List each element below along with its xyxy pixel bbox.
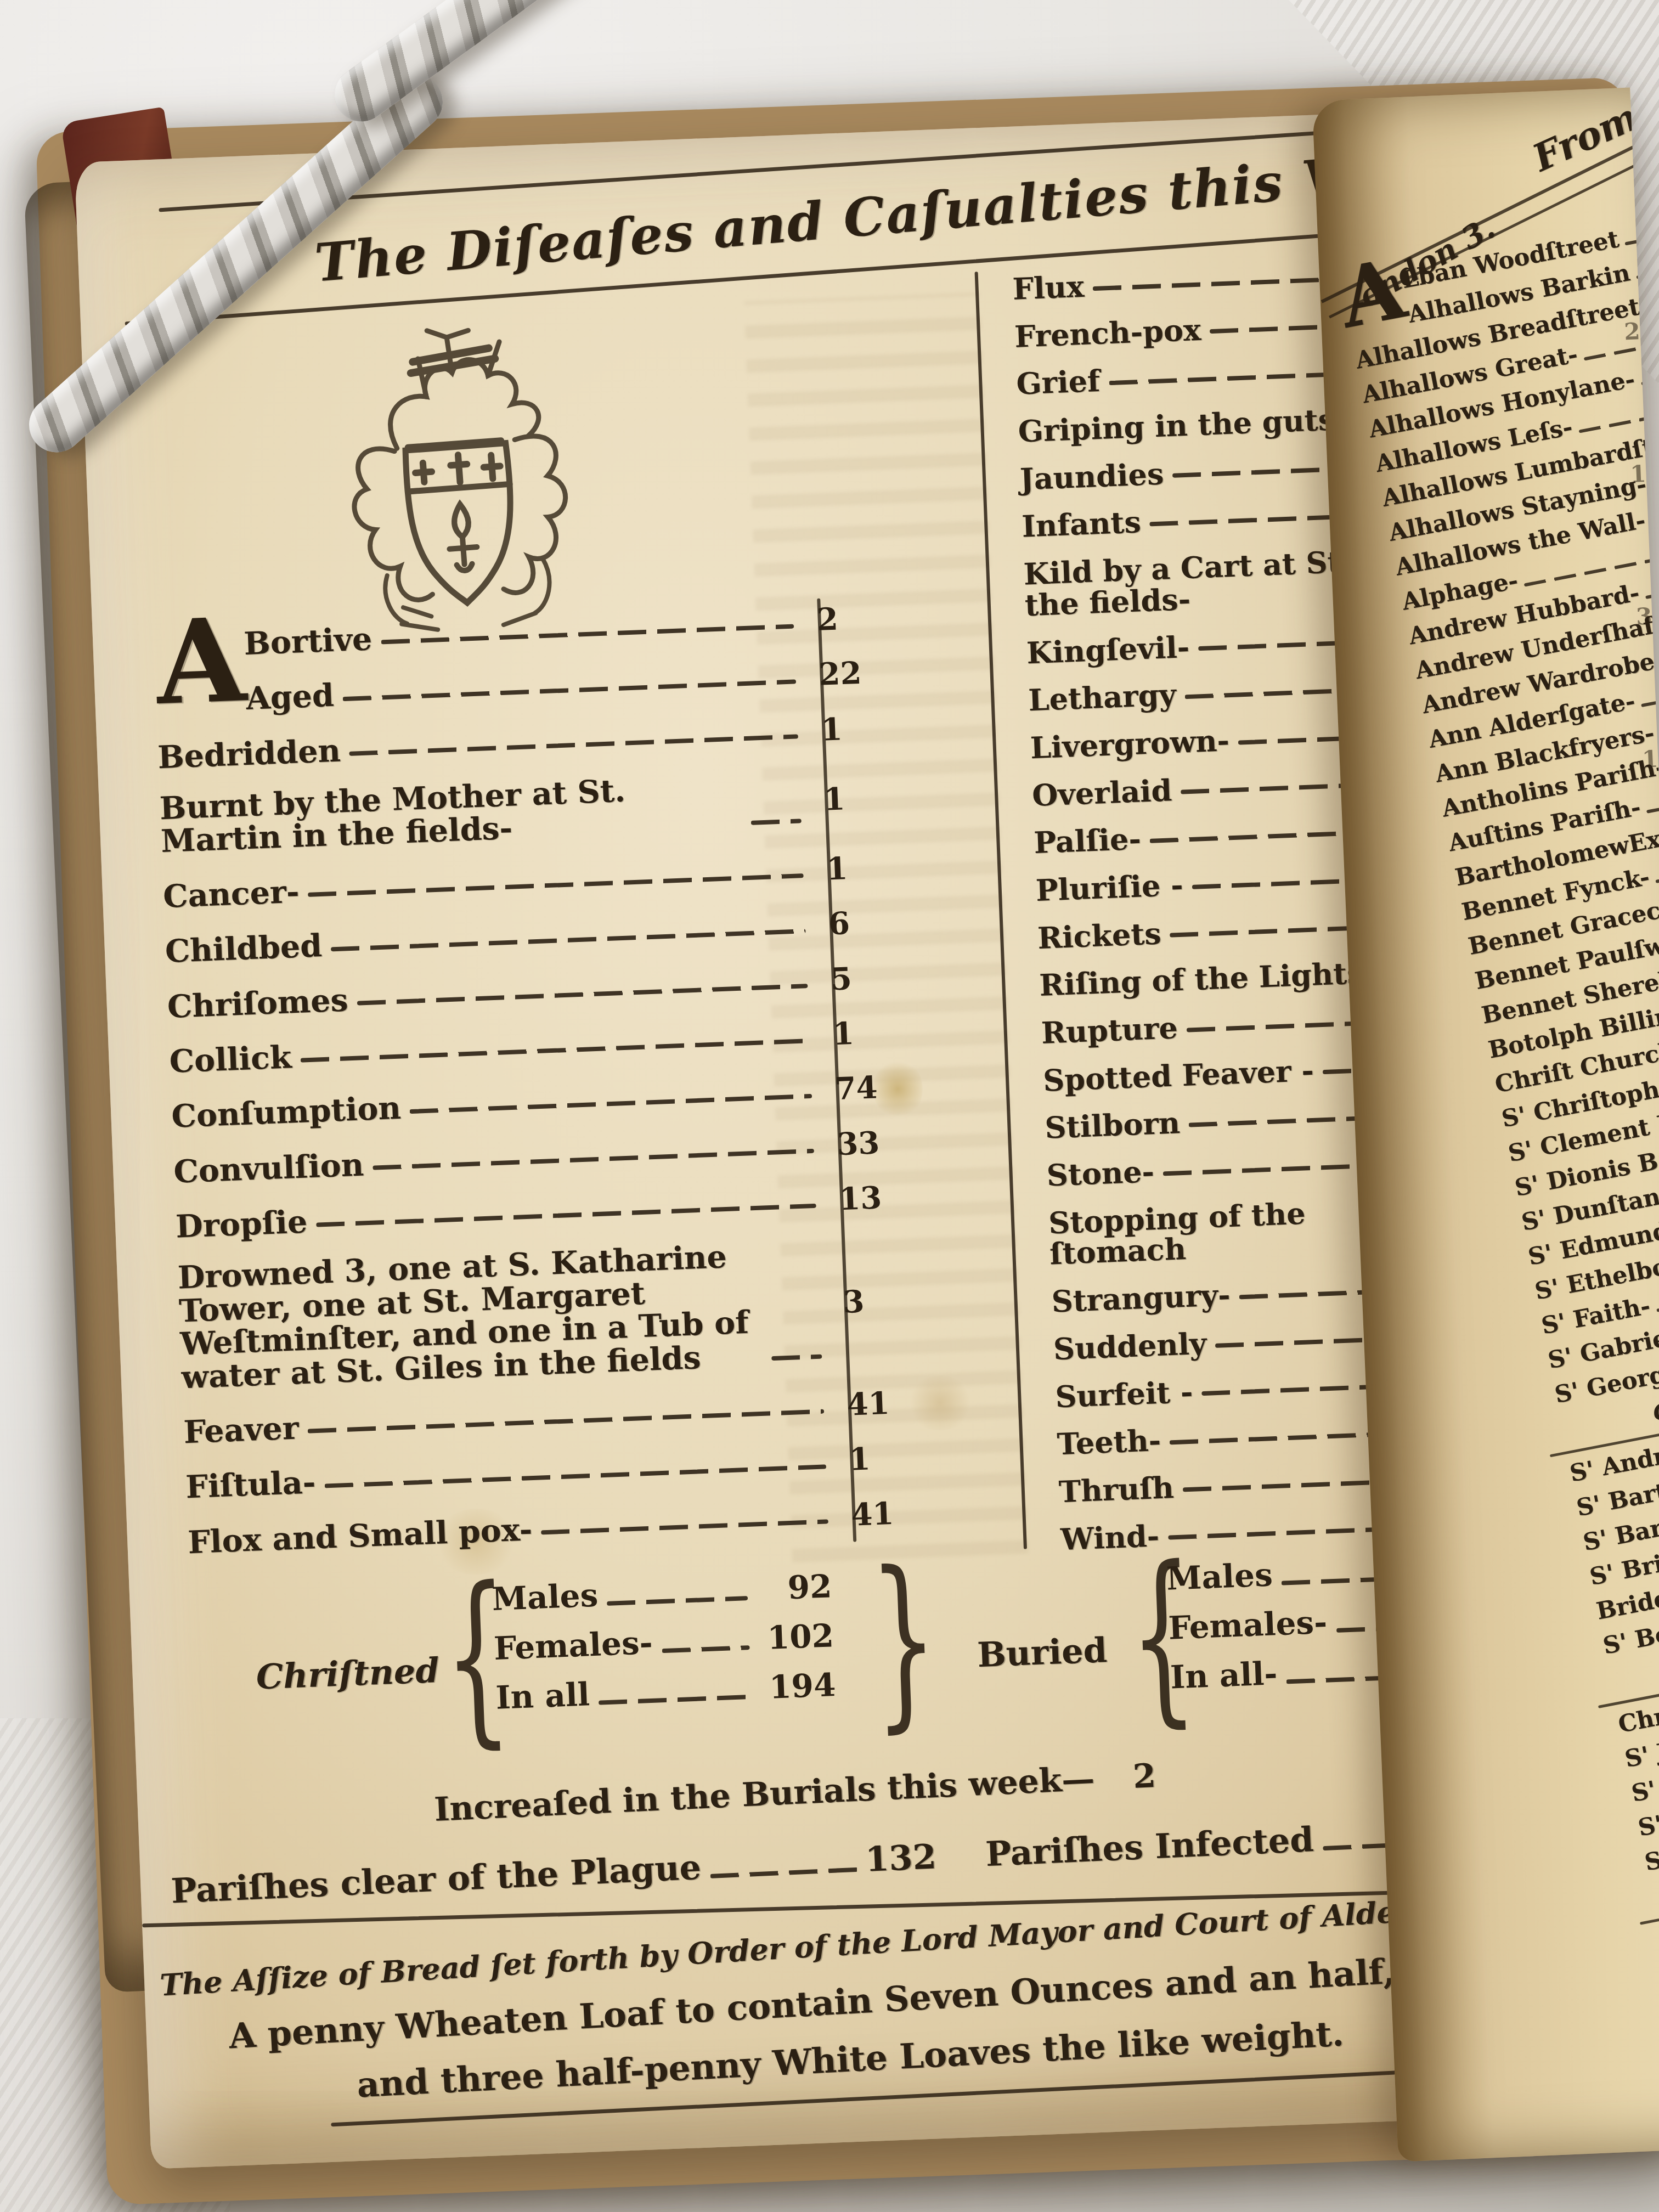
- disease-count: 1: [808, 779, 890, 819]
- disease-count: 33: [821, 1124, 903, 1164]
- disease-count: 13: [823, 1179, 905, 1219]
- leader-line: [607, 1596, 748, 1606]
- increase-value: 2: [1132, 1757, 1156, 1796]
- leader-line: [349, 734, 798, 755]
- leader-line: [410, 1094, 812, 1114]
- parish-rows: Lban WoodſtreetAlhallows BarkinAlhallows…: [1340, 202, 1659, 2035]
- leader-line: [710, 1867, 858, 1878]
- leader-line: [1655, 287, 1659, 311]
- leader-line: [308, 873, 804, 897]
- disease-name: Pluriſie -: [1035, 870, 1184, 906]
- disease-list-left: A Bortive2Aged22Bedridden1Burnt by the M…: [153, 599, 918, 1577]
- disease-rows-left: Bortive2Aged22Bedridden1Burnt by the Mot…: [153, 599, 917, 1559]
- disease-row: Chriſomes5: [167, 958, 898, 1023]
- disease-name: Chriſomes: [167, 984, 349, 1024]
- edge-digit: 1: [1629, 460, 1646, 488]
- disease-name: Feaver: [183, 1412, 300, 1449]
- disease-name: Stilborn: [1044, 1108, 1180, 1144]
- disease-count: 1: [805, 709, 887, 749]
- edge-digit: 1: [1641, 745, 1658, 772]
- disease-count: 1: [816, 1014, 899, 1054]
- summary-row-value: 194: [758, 1666, 837, 1706]
- disease-name: Rickets: [1037, 918, 1161, 953]
- leader-line: [662, 1645, 750, 1653]
- drop-cap-initial: A: [1335, 256, 1410, 332]
- leader-line: [1651, 494, 1659, 527]
- disease-name: Griping in the guts: [1018, 404, 1335, 447]
- increase-label: Increaſed in the Burials this week—: [433, 1759, 1096, 1829]
- disease-name: Livergrown-: [1030, 725, 1230, 764]
- leader-line: [324, 1464, 826, 1488]
- disease-count: 41: [835, 1494, 917, 1534]
- summary-row-label: Females-: [493, 1624, 653, 1667]
- edge-digit: 3: [1635, 603, 1652, 630]
- summary-row-label: In all-: [1170, 1655, 1278, 1696]
- disease-name: Stone-: [1046, 1156, 1155, 1191]
- disease-name: Flux: [1012, 271, 1085, 305]
- disease-count: 3: [827, 1282, 909, 1322]
- leader-line: [1641, 357, 1659, 386]
- disease-name: French-pox: [1014, 314, 1201, 352]
- leader-line: [751, 819, 802, 825]
- christened-label: Chriſtned: [256, 1650, 440, 1697]
- leader-line: [300, 1039, 810, 1063]
- disease-name: Overlaid: [1031, 775, 1172, 811]
- disease-row: Dropſie13: [175, 1179, 906, 1244]
- disease-name: Strangury-: [1051, 1279, 1231, 1317]
- book-cord: [324, 0, 630, 132]
- disease-name: Fiſtula-: [185, 1466, 316, 1504]
- parishes-infected-label: Pariſhes Infected: [985, 1819, 1314, 1874]
- parishes-clear-value: 132: [865, 1836, 938, 1880]
- buried-label: Buried: [977, 1630, 1108, 1675]
- summary-row: Males92: [491, 1567, 832, 1618]
- disease-name: Suddenly: [1053, 1328, 1207, 1364]
- disease-row: Feaver41: [183, 1384, 913, 1449]
- disease-row: Childbed6: [165, 904, 895, 968]
- summary-row: In all194: [495, 1666, 836, 1717]
- disease-row: Drowned 3, one at S. Katharine Tower, on…: [177, 1234, 911, 1395]
- disease-name: Burnt by the Mother at St. Martin in the…: [159, 770, 743, 859]
- disease-name: Jaundies: [1019, 458, 1164, 495]
- increase-line: Increaſed in the Burials this week—2: [433, 1757, 1156, 1829]
- disease-name: Kingſevil-: [1026, 631, 1190, 668]
- disease-count: 5: [815, 958, 897, 998]
- disease-row: Collick1: [168, 1014, 899, 1079]
- leader-line: [1636, 253, 1659, 279]
- leader-line: [331, 929, 806, 951]
- disease-row: Bedridden1: [157, 709, 888, 774]
- summary-row-label: Males: [1166, 1556, 1273, 1597]
- disease-row: Flox and Small pox-41: [187, 1494, 918, 1559]
- summary-row-label: Males: [491, 1577, 599, 1618]
- leader-line: [316, 1204, 816, 1227]
- summary-row-value: 102: [757, 1617, 835, 1657]
- summary-row: Females-102: [493, 1617, 834, 1667]
- leader-line: [343, 679, 796, 701]
- disease-name: Collick: [169, 1041, 292, 1079]
- brace-close-icon: }: [868, 1546, 940, 1735]
- leader-line: [381, 624, 794, 645]
- leader-line: [357, 984, 808, 1006]
- disease-name: Bedridden: [157, 734, 341, 774]
- disease-name: Riſing of the Lights-: [1039, 957, 1376, 1001]
- disease-count: 41: [831, 1384, 913, 1424]
- leader-line: [1282, 1577, 1390, 1585]
- leader-line: [1286, 1675, 1393, 1684]
- disease-name: Dropſie: [175, 1205, 308, 1244]
- disease-name: Convulſion: [173, 1148, 364, 1189]
- disease-name: Childbed: [165, 929, 323, 968]
- leader-line: [1652, 460, 1659, 490]
- disease-name: Grief: [1015, 365, 1101, 400]
- disease-row: Aged22: [155, 654, 885, 719]
- summary-row-value: 92: [754, 1567, 833, 1607]
- disease-count: 74: [819, 1069, 901, 1109]
- disease-name: Infants: [1021, 507, 1141, 543]
- leader-line: [599, 1695, 752, 1705]
- leader-line: [308, 1409, 825, 1434]
- leader-line: [1625, 218, 1659, 245]
- disease-row: Convulſion33: [173, 1124, 904, 1188]
- christened-stack: Males92 Females-102 In all194: [491, 1567, 837, 1729]
- disease-name: Palſie-: [1034, 823, 1142, 859]
- leader-line: [771, 1355, 822, 1361]
- parishes-clear-label: Pariſhes clear of the Plague: [170, 1847, 702, 1911]
- disease-name: Rupture: [1041, 1012, 1178, 1048]
- disease-name: Drowned 3, one at S. Katharine Tower, on…: [177, 1239, 763, 1394]
- disease-name: Surfeit -: [1054, 1376, 1193, 1412]
- drop-cap-initial: A: [155, 614, 247, 709]
- disease-row: Fiſtula-1: [185, 1440, 916, 1504]
- disease-count: 22: [803, 654, 885, 695]
- disease-name: Spotted Feaver -: [1042, 1054, 1314, 1096]
- disease-count: 1: [833, 1440, 915, 1480]
- parish-list: A Lban WoodſtreetAlhallows BarkinAlhallo…: [1340, 202, 1659, 2044]
- disease-count: 2: [800, 599, 883, 639]
- disease-name: Lethargy: [1028, 679, 1177, 716]
- leader-line: [541, 1519, 828, 1534]
- disease-row: Cancer-1: [162, 849, 893, 913]
- disease-row: Conſumption74: [171, 1069, 901, 1133]
- disease-count: 1: [810, 849, 893, 889]
- disease-name: Thruſh: [1058, 1472, 1175, 1508]
- leader-line: [373, 1149, 814, 1170]
- summary-row-label: Females-: [1167, 1604, 1328, 1647]
- disease-name: Conſumption: [171, 1092, 401, 1133]
- disease-name: Teeth-: [1057, 1425, 1161, 1460]
- disease-count: 6: [812, 904, 895, 944]
- disease-row: Burnt by the Mother at St. Martin in the…: [159, 764, 891, 859]
- summary-row-label: In all: [495, 1675, 590, 1717]
- photo-of-bill-of-mortality: The Diſeaſes and Caſualties this VVeek.: [0, 0, 1659, 2212]
- disease-name: Cancer-: [162, 875, 300, 913]
- edge-digit: 2: [1623, 318, 1640, 345]
